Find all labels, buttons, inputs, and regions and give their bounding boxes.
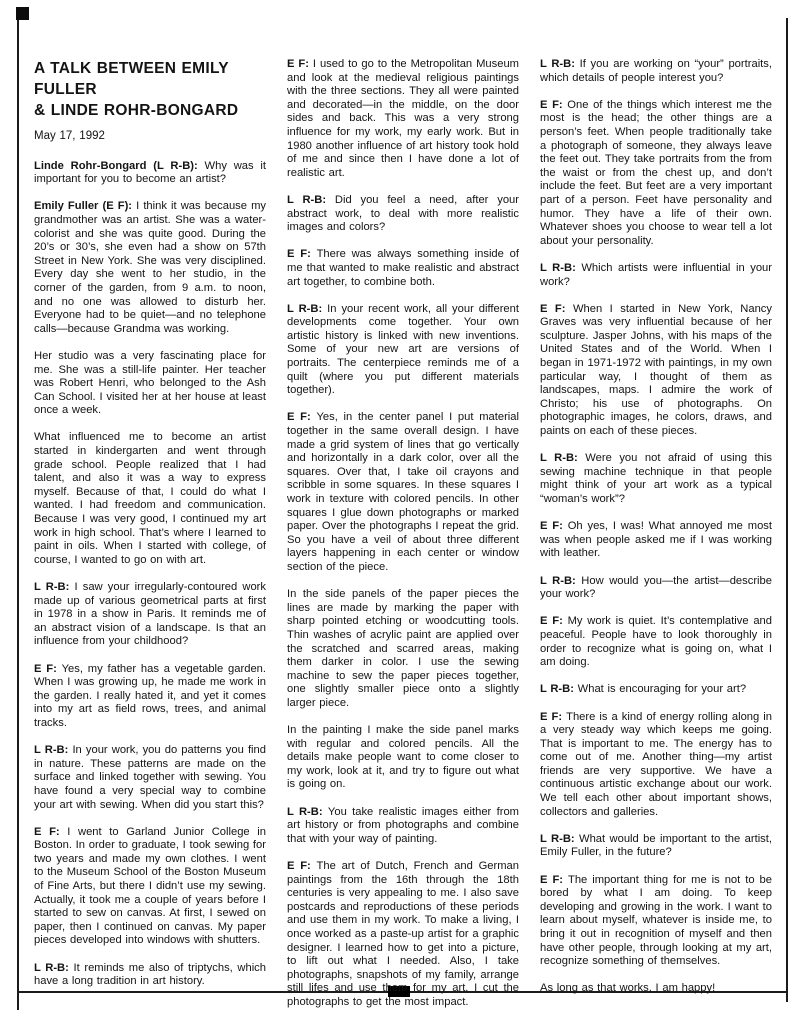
interview-paragraph: E F: One of the things which interest me… [540,99,772,249]
interview-paragraph: E F: There is a kind of energy rolling a… [540,711,772,820]
speaker-label: E F: [540,520,568,532]
interview-paragraph: L R-B: I saw your irregularly-contoured … [34,581,266,649]
speaker-label: L R-B: [540,833,579,845]
column-3-paragraphs: L R-B: If you are working on “your” port… [540,58,772,996]
scanned-document-page: A TALK BETWEEN EMILY FULLER & LINDE ROHR… [0,0,800,1035]
column-3: L R-B: If you are working on “your” port… [540,58,772,1010]
speaker-label: L R-B: [287,806,328,818]
interview-paragraph: L R-B: You take realistic images either … [287,806,519,847]
speaker-label: E F: [287,248,317,260]
speaker-label: E F: [34,663,62,675]
speaker-label: L R-B: [287,194,335,206]
speaker-label: E F: [34,826,67,838]
article-columns: A TALK BETWEEN EMILY FULLER & LINDE ROHR… [34,58,772,1023]
interview-paragraph: L R-B: Did you feel a need, after your a… [287,194,519,235]
speaker-label: L R-B: [540,58,580,70]
page-title-line1: A TALK BETWEEN EMILY FULLER [34,58,266,100]
interview-paragraph: L R-B: It reminds me also of triptychs, … [34,962,266,989]
speaker-label: L R-B: [540,575,581,587]
speaker-label: L R-B: [34,581,75,593]
interview-paragraph: E F: Yes, in the center panel I put mate… [287,411,519,574]
interview-paragraph: Emily Fuller (E F): I think it was becau… [34,200,266,336]
interview-paragraph: E F: I went to Garland Junior College in… [34,826,266,948]
speaker-label: E F: [540,615,568,627]
interview-paragraph: E F: My work is quiet. It’s contemplativ… [540,615,772,669]
speaker-label: L R-B: [540,683,578,695]
column-2-paragraphs: E F: I used to go to the Metropolitan Mu… [287,58,519,1010]
left-page-rule [17,10,19,1010]
speaker-label: Emily Fuller (E F): [34,200,136,212]
interview-paragraph: E F: The important thing for me is not t… [540,874,772,969]
right-page-rule [786,18,788,1002]
article-date: May 17, 1992 [34,130,266,144]
interview-paragraph: Linde Rohr-Bongard (L R-B): Why was it i… [34,160,266,187]
column-1: A TALK BETWEEN EMILY FULLER & LINDE ROHR… [34,58,266,1002]
speaker-label: E F: [540,99,567,111]
interview-paragraph: L R-B: What is encouraging for your art? [540,683,772,697]
interview-paragraph: L R-B: If you are working on “your” port… [540,58,772,85]
interview-paragraph: In the side panels of the paper pieces t… [287,588,519,710]
interview-paragraph: L R-B: Which artists were influential in… [540,262,772,289]
interview-paragraph: L R-B: How would you—the artist—describe… [540,575,772,602]
interview-paragraph: L R-B: In your recent work, all your dif… [287,303,519,398]
interview-paragraph: E F: There was always something inside o… [287,248,519,289]
speaker-label: E F: [540,303,573,315]
speaker-label: E F: [540,711,566,723]
speaker-label: L R-B: [287,303,327,315]
speaker-label: L R-B: [540,452,585,464]
interview-paragraph: E F: I used to go to the Metropolitan Mu… [287,58,519,180]
interview-paragraph: L R-B: What would be important to the ar… [540,833,772,860]
interview-paragraph: Her studio was a very fascinating place … [34,350,266,418]
page-title-line2: & LINDE ROHR-BONGARD [34,100,266,121]
interview-paragraph: What influenced me to become an artist s… [34,431,266,567]
speaker-label: E F: [287,58,313,70]
interview-paragraph: In the painting I make the side panel ma… [287,724,519,792]
speaker-label: E F: [287,860,317,872]
interview-paragraph: E F: Yes, my father has a vegetable gard… [34,663,266,731]
speaker-label: L R-B: [34,744,72,756]
interview-paragraph: As long as that works, I am happy! [540,982,772,996]
interview-paragraph: E F: Oh yes, I was! What annoyed me most… [540,520,772,561]
scan-artifact-mark [16,7,29,20]
speaker-label: Linde Rohr-Bongard (L R-B): [34,160,205,172]
page-title: A TALK BETWEEN EMILY FULLER & LINDE ROHR… [34,58,266,121]
interview-paragraph: E F: The art of Dutch, French and German… [287,860,519,1010]
column-1-paragraphs: Linde Rohr-Bongard (L R-B): Why was it i… [34,160,266,989]
interview-paragraph: L R-B: Were you not afraid of using this… [540,452,772,506]
column-2: E F: I used to go to the Metropolitan Mu… [287,58,519,1023]
speaker-label: E F: [287,411,316,423]
interview-paragraph: L R-B: In your work, you do patterns you… [34,744,266,812]
interview-paragraph: E F: When I started in New York, Nancy G… [540,303,772,439]
speaker-label: L R-B: [34,962,74,974]
speaker-label: L R-B: [540,262,581,274]
speaker-label: E F: [540,874,568,886]
